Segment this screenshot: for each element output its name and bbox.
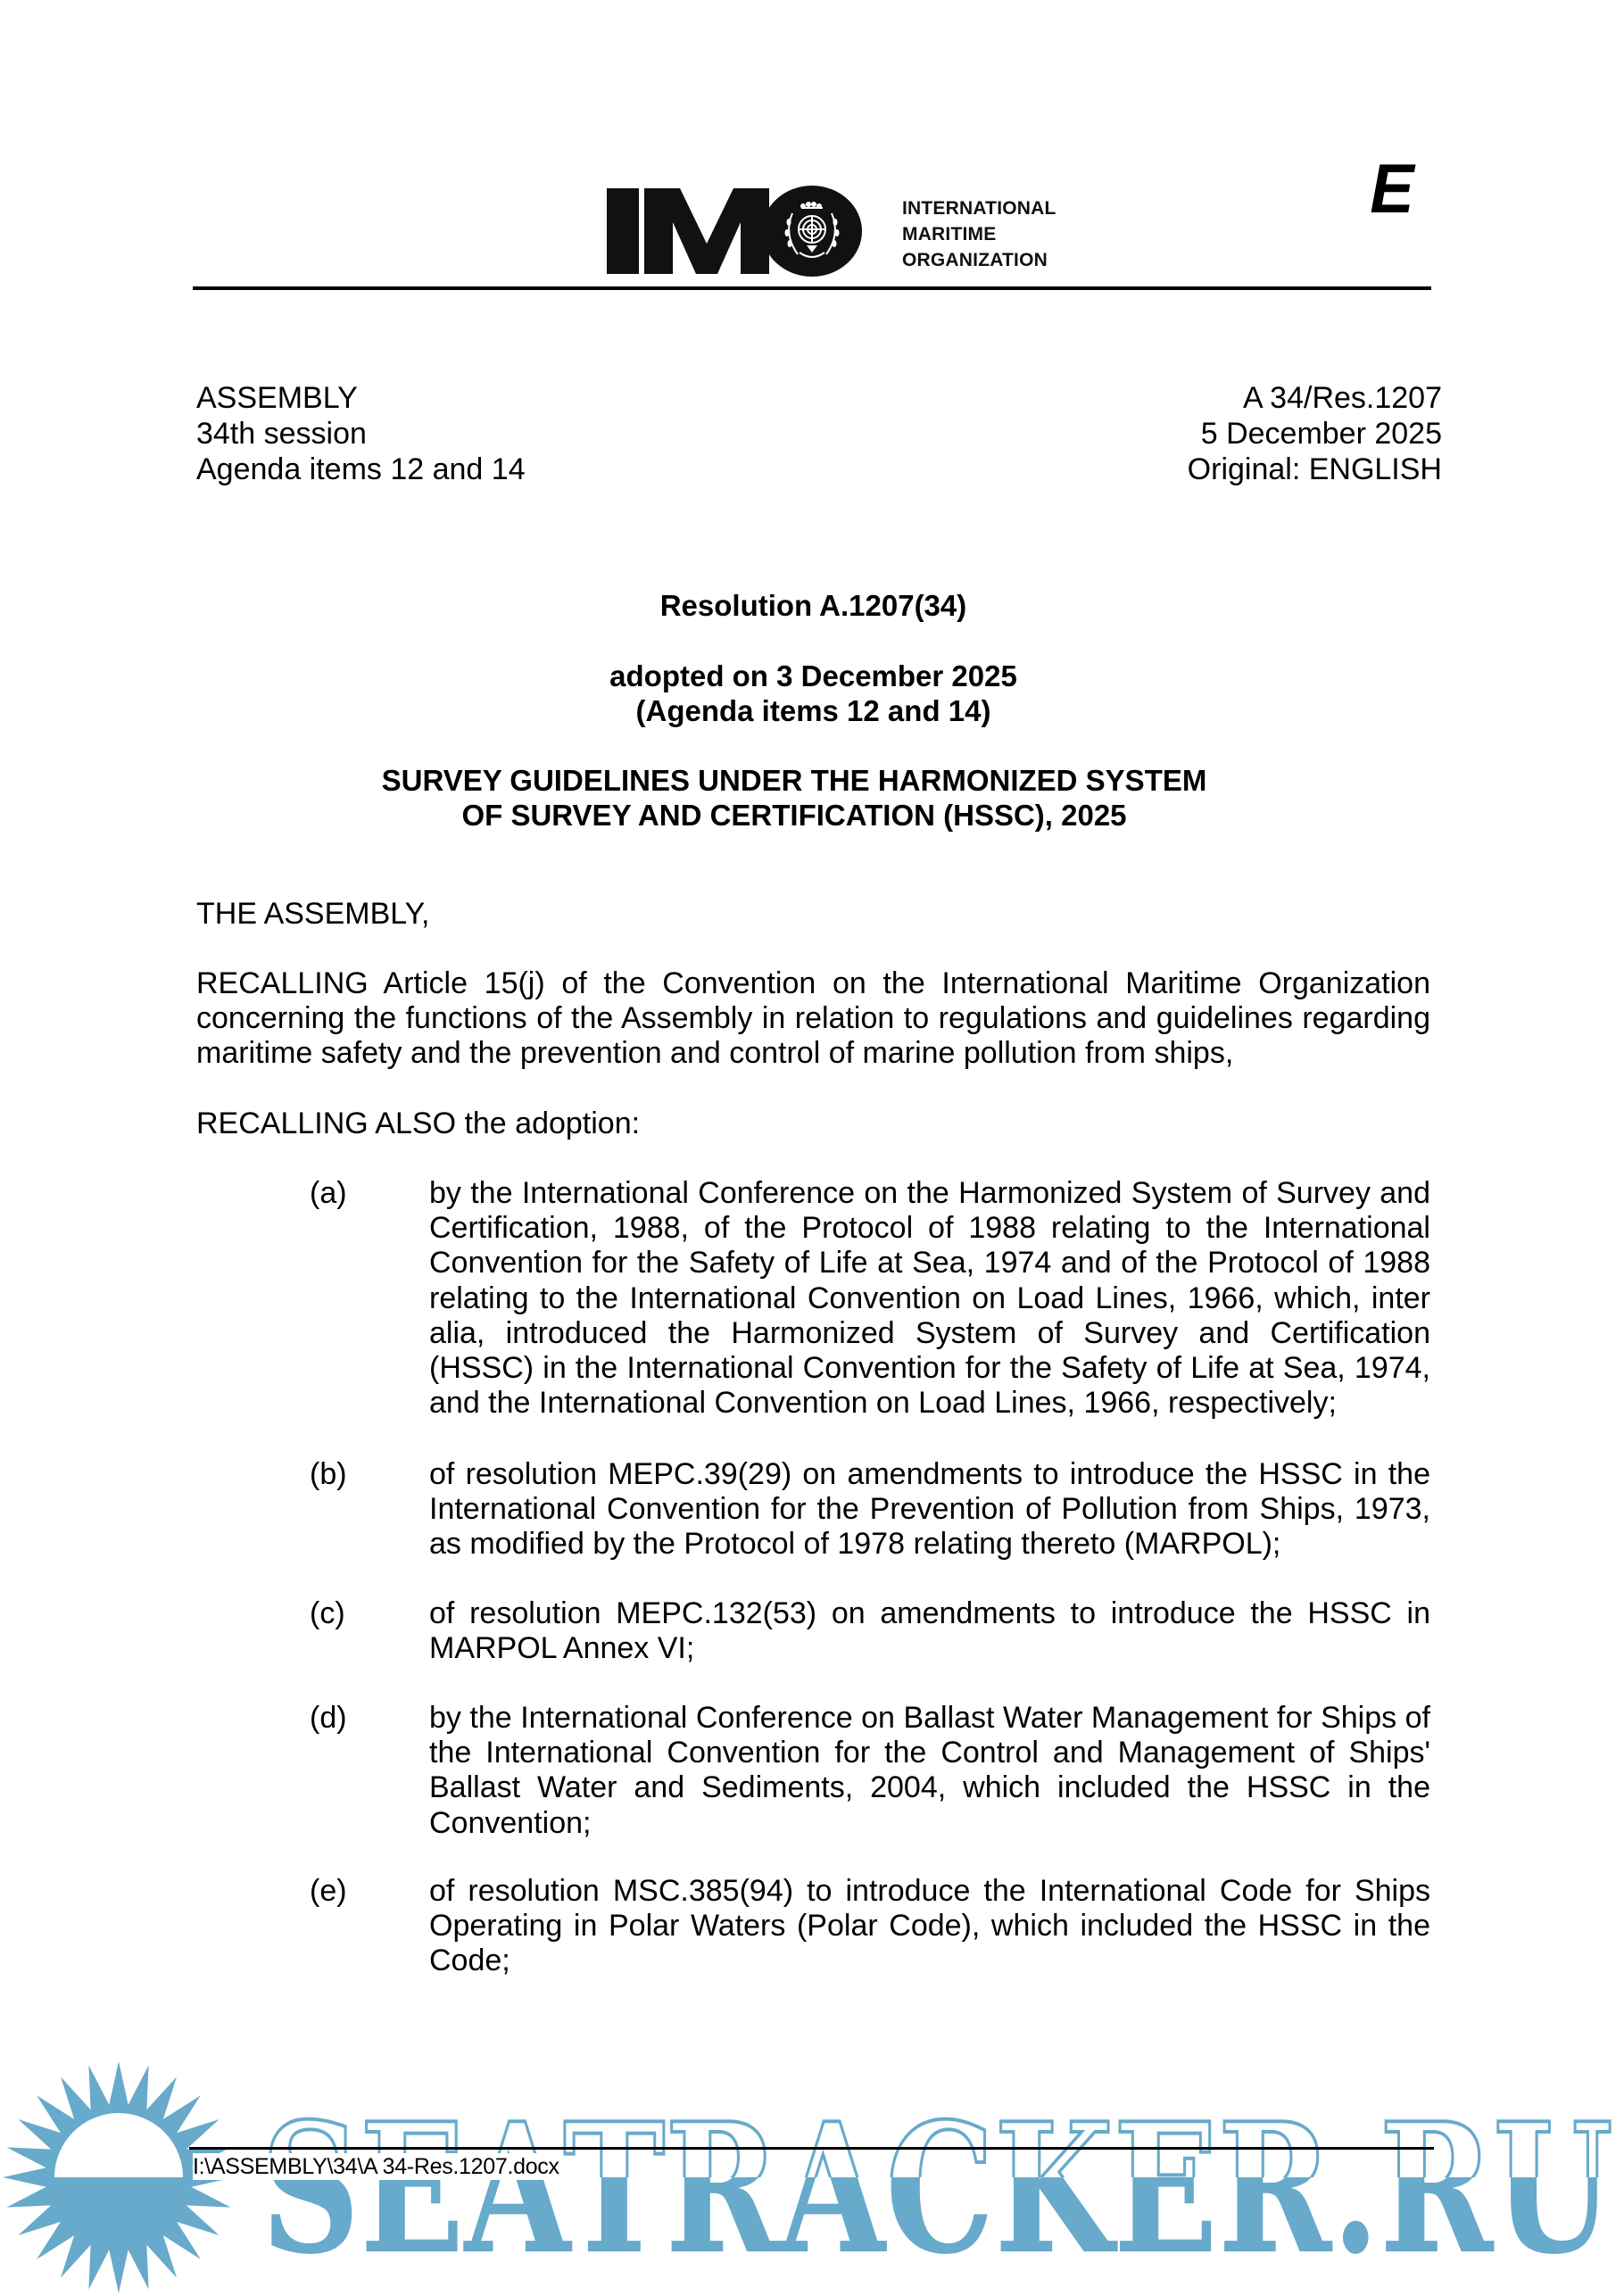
org-name: INTERNATIONAL MARITIME ORGANIZATION [902,195,1056,273]
org-name-line: ORGANIZATION [902,247,1056,273]
body-name: ASSEMBLY [196,380,526,416]
item-text: of resolution MEPC.132(53) on amendments… [429,1596,1430,1666]
document-heading: SURVEY GUIDELINES UNDER THE HARMONIZED S… [196,763,1392,833]
language-mark: E [1370,153,1413,223]
heading-line: OF SURVEY AND CERTIFICATION (HSSC), 2025 [196,798,1392,833]
meta-left: ASSEMBLY 34th session Agenda items 12 an… [196,380,526,487]
heading-line: SURVEY GUIDELINES UNDER THE HARMONIZED S… [196,763,1392,798]
item-text: by the International Conference on Balla… [429,1701,1430,1841]
document-date: 5 December 2025 [1188,416,1442,452]
logo-letter-i [607,188,639,274]
org-name-line: INTERNATIONAL [902,195,1056,221]
adopted-date: adopted on 3 December 2025 [196,659,1430,693]
session: 34th session [196,416,526,452]
meta-right: A 34/Res.1207 5 December 2025 Original: … [1188,380,1442,487]
adoption-info: adopted on 3 December 2025 (Agenda items… [196,659,1430,728]
item-label: (b) [310,1457,347,1492]
original-language: Original: ENGLISH [1188,452,1442,487]
assembly-opening: THE ASSEMBLY, [196,897,1430,932]
recalling-paragraph: RECALLING Article 15(j) of the Conventio… [196,966,1430,1072]
item-label: (d) [310,1701,347,1736]
logo-letter-m [644,188,769,274]
item-label: (c) [310,1596,345,1631]
agenda-items: Agenda items 12 and 14 [196,452,526,487]
un-laurel-anchor-emblem-icon [780,195,844,267]
item-text: by the International Conference on the H… [429,1176,1430,1421]
resolution-title: Resolution A.1207(34) [196,588,1430,623]
org-name-line: MARITIME [902,221,1056,247]
list-item: (a) by the International Conference on t… [310,1176,1430,1421]
list-item: (b) of resolution MEPC.39(29) on amendme… [310,1457,1430,1562]
list-item: (d) by the International Conference on B… [310,1701,1430,1841]
item-label: (e) [310,1874,347,1909]
item-text: of resolution MEPC.39(29) on amendments … [429,1457,1430,1562]
document-symbol: A 34/Res.1207 [1188,380,1442,416]
list-item: (c) of resolution MEPC.132(53) on amendm… [310,1596,1430,1666]
watermark-text: SEATRACKER.RU SEATRACKER.RU [261,2085,1613,2294]
recalling-also-paragraph: RECALLING ALSO the adoption: [196,1107,1430,1141]
imo-logo: INTERNATIONAL MARITIME ORGANIZATION [605,183,1087,279]
item-text: of resolution MSC.385(94) to introduce t… [429,1874,1430,1979]
list-item: (e) of resolution MSC.385(94) to introdu… [310,1874,1430,1979]
adopted-agenda: (Agenda items 12 and 14) [196,693,1430,728]
item-label: (a) [310,1176,347,1211]
footer-file-path: I:\ASSEMBLY\34\A 34-Res.1207.docx [193,2153,563,2180]
footer-divider [189,2147,1434,2150]
header-divider [193,286,1431,290]
